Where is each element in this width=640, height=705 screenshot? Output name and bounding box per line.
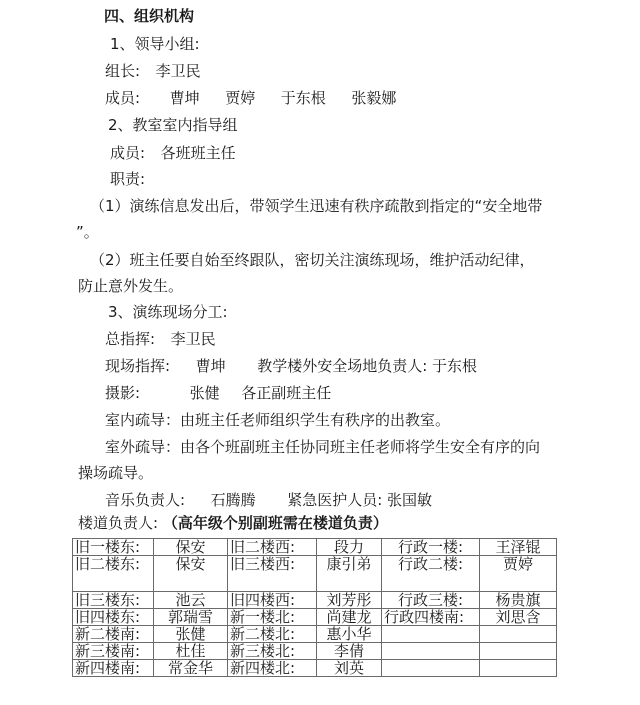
- location-cell: 新四楼南:: [73, 660, 154, 677]
- location-cell: 旧二楼西:: [228, 539, 317, 556]
- table-row: 新四楼南: 常金华 新四楼北: 刘英: [73, 660, 557, 677]
- table-row: 新三楼南: 杜佳 新三楼北: 李倩: [73, 643, 557, 660]
- leader-name: 李卫民: [156, 62, 201, 80]
- person-cell: 池云: [154, 592, 228, 609]
- members-value: 各班班主任: [161, 144, 236, 162]
- location-cell: 新三楼南:: [73, 643, 154, 660]
- location-cell: 行政二楼:: [382, 556, 480, 592]
- location-cell: 行政四楼南:: [382, 609, 480, 626]
- person-cell: 贾婷: [480, 556, 557, 592]
- person-cell: 尚建龙: [317, 609, 382, 626]
- table-row: 旧三楼东: 池云 旧四楼西: 刘芳彤 行政三楼: 杨贵旗: [73, 592, 557, 609]
- location-cell: 新二楼南:: [73, 626, 154, 643]
- leader-group-heading: 1、领导小组:: [110, 34, 200, 54]
- members-label: 成员:: [110, 144, 145, 162]
- table-row: 新二楼南: 张健 新二楼北: 惠小华: [73, 626, 557, 643]
- person-cell: 常金华: [154, 660, 228, 677]
- commander-label: 总指挥:: [105, 330, 155, 348]
- person-cell: 王泽锟: [480, 539, 557, 556]
- medical-label: 紧急医护人员:: [287, 491, 382, 509]
- members-label: 成员:: [105, 89, 140, 107]
- person-cell: 段力: [317, 539, 382, 556]
- commander-row: 总指挥: 李卫民: [105, 329, 216, 349]
- empty-cell: [382, 643, 480, 660]
- location-cell: 新二楼北:: [228, 626, 317, 643]
- duties-label: 职责:: [110, 169, 145, 189]
- person-cell: 张健: [154, 626, 228, 643]
- location-cell: 旧一楼东:: [73, 539, 154, 556]
- member-name: 曹坤: [170, 89, 200, 107]
- location-cell: 新四楼北:: [228, 660, 317, 677]
- field-commander-label: 现场指挥:: [105, 357, 170, 375]
- empty-cell: [480, 643, 557, 660]
- person-cell: 杜佳: [154, 643, 228, 660]
- location-cell: 旧三楼东:: [73, 592, 154, 609]
- indoor-guide-line: 室内疏导：由班主任老师组织学生有秩序的出教室。: [105, 410, 450, 430]
- duty-2-line-2: 防止意外发生。: [78, 276, 183, 296]
- duty-2-line-1: （2）班主任要自始至终跟队，密切关注演练现场，维护活动纪律，: [90, 250, 535, 270]
- outdoor-site-person: 于东根: [432, 357, 477, 375]
- empty-cell: [480, 660, 557, 677]
- table-row: 旧四楼东: 郭瑞雪 新一楼北: 尚建龙 行政四楼南: 刘思含: [73, 609, 557, 626]
- section-title: 四、组织机构: [104, 6, 194, 26]
- classroom-group-heading: 2、教室室内指导组: [108, 115, 238, 135]
- person-cell: 惠小华: [317, 626, 382, 643]
- music-medical-row: 音乐负责人: 石腾腾 紧急医护人员: 张国敏: [105, 490, 432, 510]
- location-cell: 行政三楼:: [382, 592, 480, 609]
- location-cell: 旧四楼西:: [228, 592, 317, 609]
- photo-extra: 各正副班主任: [241, 384, 331, 402]
- corridor-label: 楼道负责人:: [78, 514, 158, 532]
- leader-row: 组长: 李卫民: [105, 61, 201, 81]
- empty-cell: [382, 626, 480, 643]
- table-row: 旧一楼东: 保安 旧二楼西: 段力 行政一楼: 王泽锟: [73, 539, 557, 556]
- site-division-heading: 3、演练现场分工:: [108, 302, 228, 322]
- location-cell: 旧二楼东:: [73, 556, 154, 592]
- classroom-members-row: 成员: 各班班主任: [110, 143, 236, 163]
- medical-person: 张国敏: [387, 491, 432, 509]
- location-cell: 新一楼北:: [228, 609, 317, 626]
- field-commander-row: 现场指挥: 曹坤 教学楼外安全场地负责人: 于东根: [105, 356, 477, 376]
- music-person: 石腾腾: [211, 491, 256, 509]
- person-cell: 刘思含: [480, 609, 557, 626]
- corridor-note: （高年级个别副班需在楼道负责）: [163, 514, 388, 532]
- outdoor-guide-line-2: 操场疏导。: [78, 463, 153, 483]
- duty-1-line-1: （1）演练信息发出后，带领学生迅速有秩序疏散到指定的“安全地带: [90, 196, 542, 216]
- photo-row: 摄影: 张健 各正副班主任: [105, 383, 331, 403]
- table-row: 旧二楼东: 保安 旧三楼西: 康引弟 行政二楼: 贾婷: [73, 556, 557, 592]
- location-cell: 旧三楼西:: [228, 556, 317, 592]
- outdoor-site-label: 教学楼外安全场地负责人:: [257, 357, 427, 375]
- leader-members-row: 成员: 曹坤 贾婷 于东根 张毅娜: [105, 88, 396, 108]
- empty-cell: [480, 626, 557, 643]
- location-cell: 旧四楼东:: [73, 609, 154, 626]
- empty-cell: [382, 660, 480, 677]
- photo-label: 摄影:: [105, 384, 140, 402]
- member-name: 张毅娜: [351, 89, 396, 107]
- commander-name: 李卫民: [171, 330, 216, 348]
- location-cell: 新三楼北:: [228, 643, 317, 660]
- music-label: 音乐负责人:: [105, 491, 185, 509]
- person-cell: 刘芳彤: [317, 592, 382, 609]
- person-cell: 刘英: [317, 660, 382, 677]
- outdoor-guide-line-1: 室外疏导：由各个班副班主任协同班主任老师将学生安全有序的向: [105, 437, 540, 457]
- person-cell: 保安: [154, 539, 228, 556]
- person-cell: 李倩: [317, 643, 382, 660]
- corridor-row: 楼道负责人: （高年级个别副班需在楼道负责）: [78, 513, 388, 533]
- location-cell: 行政一楼:: [382, 539, 480, 556]
- duty-1-line-2: ”。: [76, 222, 99, 242]
- person-cell: 郭瑞雪: [154, 609, 228, 626]
- person-cell: 杨贵旗: [480, 592, 557, 609]
- leader-label: 组长:: [105, 62, 140, 80]
- field-commander-name: 曹坤: [196, 357, 226, 375]
- member-name: 贾婷: [225, 89, 255, 107]
- photo-person: 张健: [190, 384, 220, 402]
- member-name: 于东根: [281, 89, 326, 107]
- person-cell: 保安: [154, 556, 228, 592]
- person-cell: 康引弟: [317, 556, 382, 592]
- floor-duty-table: 旧一楼东: 保安 旧二楼西: 段力 行政一楼: 王泽锟 旧二楼东: 保安 旧三楼…: [72, 538, 557, 677]
